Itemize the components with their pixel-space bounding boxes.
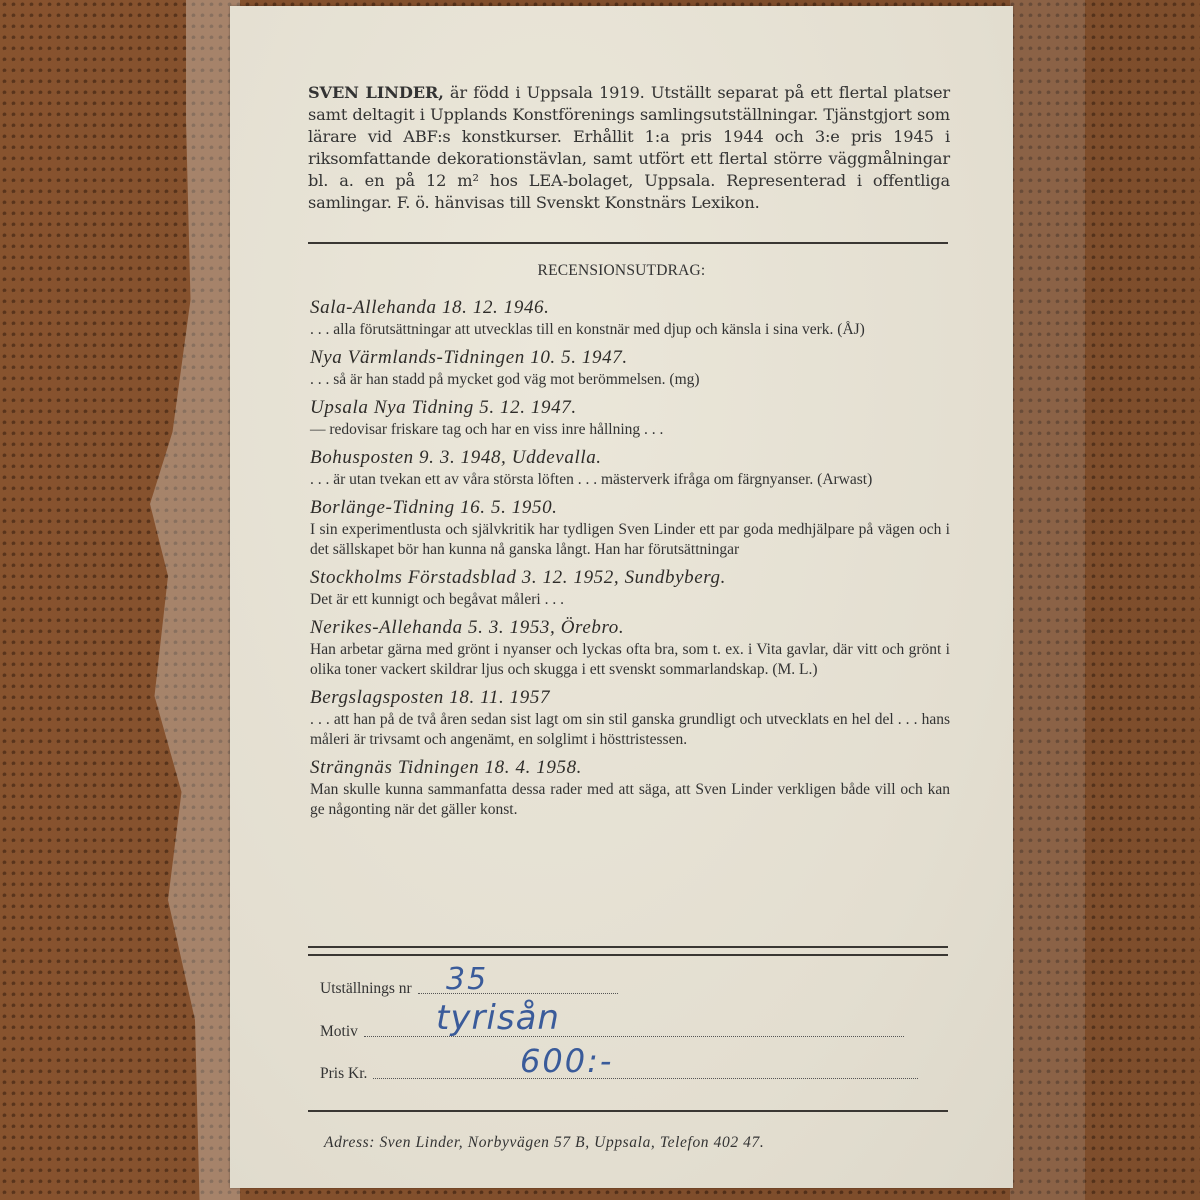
review-quote: . . . så är han stadd på mycket god väg …	[310, 370, 950, 390]
review-item: Stockholms Förstadsblad 3. 12. 1952, Sun…	[310, 566, 950, 610]
motif-field: Motiv	[320, 1023, 904, 1041]
review-quote: . . . är utan tvekan ett av våra största…	[310, 470, 950, 490]
reviews-heading: RECENSIONSUTDRAG:	[230, 262, 1013, 280]
motif-value: tyrisån	[436, 998, 560, 1038]
review-item: Sala-Allehanda 18. 12. 1946.. . . alla f…	[310, 296, 950, 340]
review-quote: — redovisar friskare tag och har en viss…	[310, 420, 950, 440]
review-source: Strängnäs Tidningen 18. 4. 1958.	[310, 756, 950, 780]
review-quote: Det är ett kunnigt och begåvat måleri . …	[310, 590, 950, 610]
review-source: Sala-Allehanda 18. 12. 1946.	[310, 296, 950, 320]
review-source: Stockholms Förstadsblad 3. 12. 1952, Sun…	[310, 566, 950, 590]
review-source: Bohusposten 9. 3. 1948, Uddevalla.	[310, 446, 950, 470]
divider-bottom	[308, 1110, 948, 1112]
artist-address: Adress: Sven Linder, Norbyvägen 57 B, Up…	[324, 1134, 764, 1152]
price-value: 600:-	[520, 1042, 613, 1080]
review-item: Borlänge-Tidning 16. 5. 1950.I sin exper…	[310, 496, 950, 560]
exhibition-number-value: 35	[446, 962, 488, 997]
artist-bio: SVEN LINDER, är född i Uppsala 1919. Uts…	[308, 82, 950, 214]
review-quote: Han arbetar gärna med grönt i nyanser oc…	[310, 640, 950, 680]
motif-label: Motiv	[320, 1023, 358, 1041]
tape-residue-right	[1010, 0, 1085, 1200]
review-item: Nya Värmlands-Tidningen 10. 5. 1947.. . …	[310, 346, 950, 390]
review-source: Upsala Nya Tidning 5. 12. 1947.	[310, 396, 950, 420]
double-divider	[308, 946, 948, 956]
bio-text: är född i Uppsala 1919. Utställt separat…	[308, 83, 950, 212]
artist-name: SVEN LINDER,	[308, 83, 444, 102]
review-quote: I sin experimentlusta och självkritik ha…	[310, 520, 950, 560]
price-label: Pris Kr.	[320, 1065, 367, 1083]
review-item: Strängnäs Tidningen 18. 4. 1958.Man skul…	[310, 756, 950, 820]
review-item: Upsala Nya Tidning 5. 12. 1947.— redovis…	[310, 396, 950, 440]
review-item: Bohusposten 9. 3. 1948, Uddevalla.. . . …	[310, 446, 950, 490]
review-quote: Man skulle kunna sammanfatta dessa rader…	[310, 780, 950, 820]
exhibition-label-card: SVEN LINDER, är född i Uppsala 1919. Uts…	[230, 6, 1013, 1188]
review-item: Bergslagsposten 18. 11. 1957. . . att ha…	[310, 686, 950, 750]
review-source: Borlänge-Tidning 16. 5. 1950.	[310, 496, 950, 520]
review-list: Sala-Allehanda 18. 12. 1946.. . . alla f…	[310, 296, 950, 826]
review-item: Nerikes-Allehanda 5. 3. 1953, Örebro.Han…	[310, 616, 950, 680]
review-source: Bergslagsposten 18. 11. 1957	[310, 686, 950, 710]
price-field: Pris Kr.	[320, 1065, 918, 1083]
review-source: Nya Värmlands-Tidningen 10. 5. 1947.	[310, 346, 950, 370]
review-quote: . . . att han på de två åren sedan sist …	[310, 710, 950, 750]
exhibition-number-label: Utställnings nr	[320, 980, 412, 998]
review-source: Nerikes-Allehanda 5. 3. 1953, Örebro.	[310, 616, 950, 640]
divider	[308, 242, 948, 244]
review-quote: . . . alla förutsättningar att utvecklas…	[310, 320, 950, 340]
